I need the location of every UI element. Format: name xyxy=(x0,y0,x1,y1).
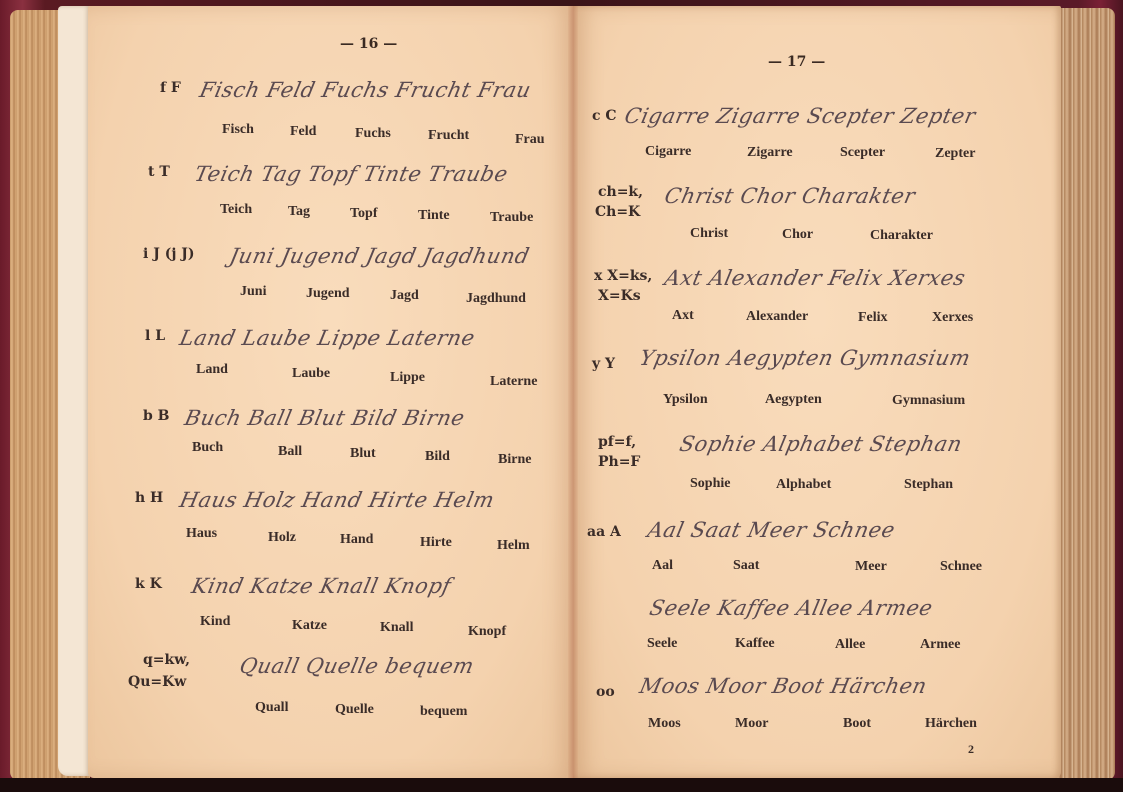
print-word: Helm xyxy=(497,538,530,554)
letter-label: l L xyxy=(145,328,165,345)
print-word: Meer xyxy=(855,559,887,575)
print-word: Katze xyxy=(292,618,327,634)
print-word: Charakter xyxy=(870,228,933,244)
script-line: Aal Saat Meer Schnee xyxy=(645,518,897,542)
print-word: Gymnasium xyxy=(892,393,965,409)
letter-label-line1: q=kw, xyxy=(143,652,190,669)
print-word: Tinte xyxy=(418,208,450,224)
letter-label: b B xyxy=(143,408,170,425)
print-word: Härchen xyxy=(925,716,977,732)
print-word: Moos xyxy=(648,716,681,732)
print-word: Laube xyxy=(292,366,330,382)
print-word: Seele xyxy=(647,636,677,652)
print-word: bequem xyxy=(420,704,467,720)
script-line: Cigarre Zigarre Scepter Zepter xyxy=(622,104,977,128)
print-word: Knopf xyxy=(468,624,506,640)
print-word: Axt xyxy=(672,308,694,324)
letter-label: c C xyxy=(592,108,617,125)
script-line: Seele Kaffee Allee Armee xyxy=(647,596,935,620)
print-word: Blut xyxy=(350,446,376,462)
print-word: Saat xyxy=(733,558,759,574)
script-line: Axt Alexander Felix Xerxes xyxy=(662,266,967,290)
print-word: Felix xyxy=(858,310,888,326)
print-word: Traube xyxy=(490,210,533,226)
print-word: Juni xyxy=(240,284,266,300)
print-word: Sophie xyxy=(690,476,730,492)
print-word: Aegypten xyxy=(765,392,822,408)
print-word: Aal xyxy=(652,558,673,574)
print-word: Chor xyxy=(782,227,813,243)
print-word: Scepter xyxy=(840,145,885,161)
print-word: Moor xyxy=(735,716,768,732)
print-word: Zigarre xyxy=(747,145,793,161)
print-word: Frucht xyxy=(428,128,469,144)
print-word: Teich xyxy=(220,202,252,218)
script-line: Haus Holz Hand Hirte Helm xyxy=(177,488,496,512)
print-word: Jagdhund xyxy=(466,291,526,307)
script-line: Kind Katze Knall Knopf xyxy=(189,574,453,598)
script-line: Ypsilon Aegypten Gymnasium xyxy=(637,346,972,370)
script-line: Quall Quelle bequem xyxy=(237,654,476,678)
print-word: Laterne xyxy=(490,374,537,390)
print-word: Hirte xyxy=(420,535,452,551)
print-word: Buch xyxy=(192,440,223,456)
letter-label: h H xyxy=(135,490,163,507)
print-word: Knall xyxy=(380,620,413,636)
letter-label: aa A xyxy=(587,524,621,541)
print-word: Schnee xyxy=(940,559,982,575)
print-word: Land xyxy=(196,362,228,378)
print-word: Holz xyxy=(268,530,296,546)
print-word: Frau xyxy=(515,132,545,148)
letter-label-line1: pf=f, xyxy=(598,434,636,451)
print-word: Ypsilon xyxy=(663,392,708,408)
print-word: Cigarre xyxy=(645,144,691,160)
page-number-16: — 16 — xyxy=(340,36,397,52)
letter-label-line1: ch=k, xyxy=(598,184,643,201)
letter-label-line2: X=Ks xyxy=(598,288,641,305)
letter-label: i J (j J) xyxy=(143,246,195,263)
print-word: Boot xyxy=(843,716,871,732)
letter-label: f F xyxy=(160,80,181,97)
print-word: Christ xyxy=(690,226,728,242)
print-word: Jugend xyxy=(306,286,350,302)
print-word: Alphabet xyxy=(776,477,831,493)
print-word: Lippe xyxy=(390,370,425,386)
script-line: Juni Jugend Jagd Jagdhund xyxy=(227,244,531,268)
print-word: Allee xyxy=(835,637,865,653)
print-word: Tag xyxy=(288,204,310,220)
letter-label: y Y xyxy=(592,356,615,373)
page-number-17: — 17 — xyxy=(768,54,825,70)
print-word: Xerxes xyxy=(932,310,973,326)
print-word: Kind xyxy=(200,614,230,630)
script-line: Christ Chor Charakter xyxy=(662,184,917,208)
letter-label: t T xyxy=(148,164,170,181)
bottom-shadow xyxy=(0,778,1123,792)
page-edges-right xyxy=(1055,8,1115,780)
script-line: Moos Moor Boot Härchen xyxy=(637,674,929,698)
print-word: Alexander xyxy=(746,309,808,325)
print-word: Armee xyxy=(920,637,960,653)
script-line: Land Laube Lippe Laterne xyxy=(177,326,477,350)
letter-label: oo xyxy=(596,684,615,701)
print-word: Zepter xyxy=(935,146,975,162)
letter-label: k K xyxy=(135,576,162,593)
letter-label-line2: Ch=K xyxy=(595,204,640,221)
print-word: Quall xyxy=(255,700,288,716)
print-word: Quelle xyxy=(335,702,374,718)
script-line: Buch Ball Blut Bild Birne xyxy=(182,406,466,430)
print-word: Haus xyxy=(186,526,217,542)
script-line: Sophie Alphabet Stephan xyxy=(677,432,964,456)
print-word: Birne xyxy=(498,452,531,468)
print-word: Topf xyxy=(350,206,378,222)
print-word: Feld xyxy=(290,124,316,140)
letter-label-line2: Qu=Kw xyxy=(128,674,186,691)
letter-label-line2: Ph=F xyxy=(598,454,640,471)
flyleaf xyxy=(58,6,90,776)
letter-label-line1: x X=ks, xyxy=(594,268,652,285)
book-gutter xyxy=(568,6,578,778)
print-word: Stephan xyxy=(904,477,953,493)
print-word: Jagd xyxy=(390,288,419,304)
print-word: Hand xyxy=(340,532,373,548)
print-word: Fuchs xyxy=(355,126,391,142)
signature-mark: 2 xyxy=(968,742,974,757)
script-line: Fisch Feld Fuchs Frucht Frau xyxy=(197,78,533,102)
print-word: Ball xyxy=(278,444,302,460)
script-line: Teich Tag Topf Tinte Traube xyxy=(192,162,510,186)
print-word: Bild xyxy=(425,449,450,465)
print-word: Fisch xyxy=(222,122,254,138)
print-word: Kaffee xyxy=(735,636,775,652)
